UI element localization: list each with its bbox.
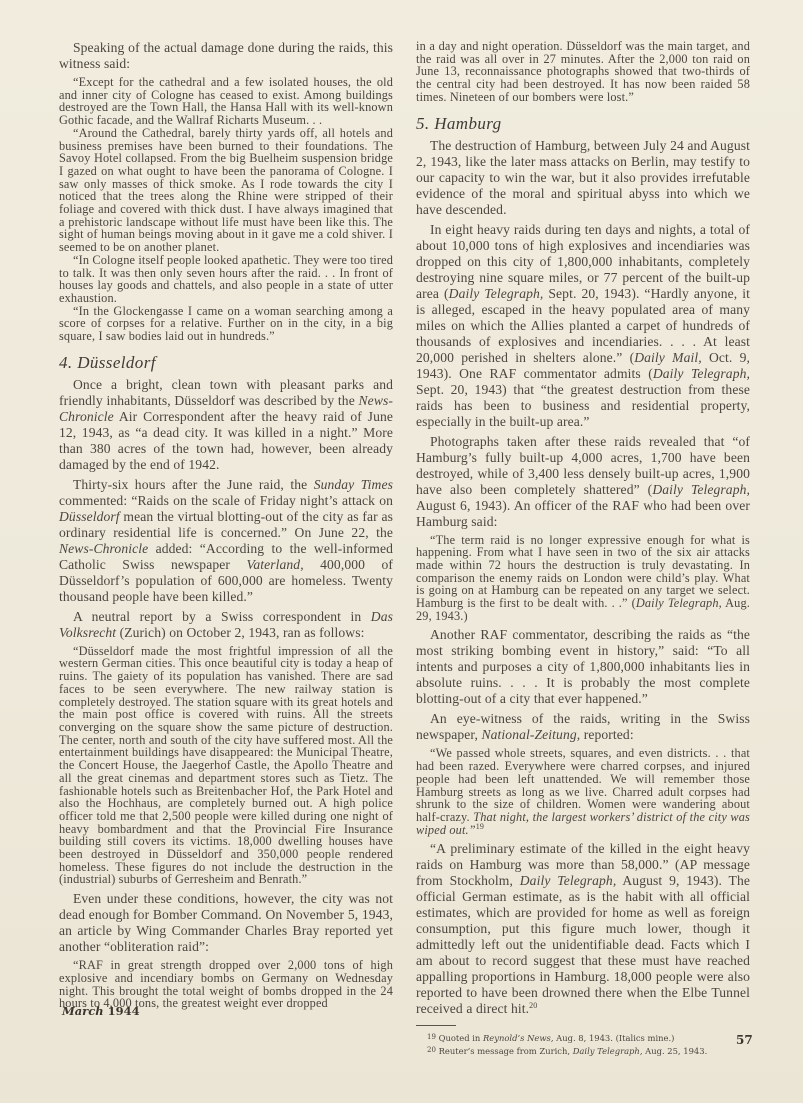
bray-quote-end: in a day and night operation. Düsseldorf… [416,40,750,104]
volksrecht-quote: “Düsseldorf made the most frightful impr… [59,645,393,886]
issue-month: March [62,1004,104,1018]
footnote-ref-20[interactable]: 20 [529,1001,537,1010]
section-heading-dusseldorf: 4. Düsseldorf [59,353,393,373]
cologne-quote-3: “In Cologne itself people looked apathet… [59,254,393,305]
cologne-quote-1: “Except for the cathedral and a few isol… [59,76,393,127]
footnote-19: 19 Quoted in Reynold’s News, Aug. 8, 194… [427,1032,750,1045]
footnote-20: 20 Reuter’s message from Zurich, Daily T… [427,1045,750,1058]
dusseldorf-paragraph-4: Even under these conditions, however, th… [59,891,393,955]
page-number: 57 [736,1033,753,1047]
hamburg-paragraph-3: Photographs taken after these raids reve… [416,434,750,530]
issue-year: 1944 [108,1004,140,1018]
issue-date: March 1944 [62,1004,140,1018]
hamburg-paragraph-5: An eye-witness of the raids, writing in … [416,711,750,743]
section-number: 5. [416,114,430,133]
footnote-divider [416,1025,456,1026]
dusseldorf-paragraph-3: A neutral report by a Swiss corresponden… [59,609,393,641]
dusseldorf-paragraph-2: Thirty-six hours after the June raid, th… [59,477,393,605]
cologne-quote-2: “Around the Cathedral, barely thirty yar… [59,127,393,254]
intro-paragraph: Speaking of the actual damage done durin… [59,40,393,72]
left-column: Speaking of the actual damage done durin… [59,40,393,1010]
hamburg-paragraph-2: In eight heavy raids during ten days and… [416,222,750,430]
section-number: 4. [59,353,73,372]
hamburg-paragraph-1: The destruction of Hamburg, between July… [416,138,750,218]
hamburg-paragraph-4: Another RAF commentator, describing the … [416,627,750,707]
hamburg-paragraph-6: “A preliminary estimate of the killed in… [416,841,750,1017]
bray-quote-start: “RAF in great strength dropped over 2,00… [59,959,393,1010]
section-title: Hamburg [434,114,501,133]
section-heading-hamburg: 5. Hamburg [416,114,750,134]
national-zeitung-quote: “We passed whole streets, squares, and e… [416,747,750,836]
section-title: Düsseldorf [77,353,156,372]
right-column: in a day and night operation. Düsseldorf… [416,40,750,1057]
magazine-page: Speaking of the actual damage done durin… [0,0,803,1103]
raf-officer-quote: “The term raid is no longer expressive e… [416,534,750,623]
dusseldorf-paragraph-1: Once a bright, clean town with pleasant … [59,377,393,473]
cologne-quote-4: “In the Glockengasse I came on a woman s… [59,305,393,343]
footnote-ref-19[interactable]: 19 [476,822,484,831]
